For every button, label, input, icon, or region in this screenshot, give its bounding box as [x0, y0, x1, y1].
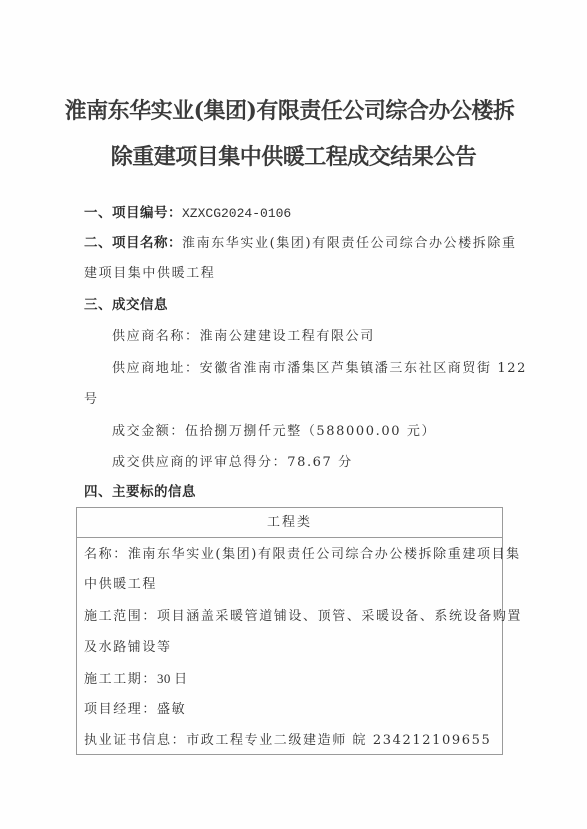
project-number-row: 一、项目编号：XZXCG2024-0106 [84, 204, 291, 223]
project-number-value: XZXCG2024-0106 [182, 206, 291, 221]
title-line-1: 淮南东华实业(集团)有限责任公司综合办公楼拆 [0, 97, 583, 125]
table-period-value: 30 日 [157, 671, 187, 686]
supplier-name-value: 淮南公建建设工程有限公司 [200, 329, 375, 344]
document-page: 淮南东华实业(集团)有限责任公司综合办公楼拆 除重建项目集中供暖工程成交结果公告… [0, 0, 587, 829]
table-period-label: 施工工期： [84, 672, 157, 687]
deal-amount-row: 成交金额：伍拾捌万捌仟元整（588000.00 元） [112, 423, 436, 441]
project-name-row: 二、项目名称：淮南东华实业(集团)有限责任公司综合办公楼拆除重 [84, 234, 517, 253]
main-subject-heading: 四、主要标的信息 [84, 483, 196, 501]
title-line-2: 除重建项目集中供暖工程成交结果公告 [0, 143, 587, 171]
deal-info-heading: 三、成交信息 [84, 296, 168, 314]
table-certificate-label: 执业证书信息： [84, 733, 186, 748]
table-scope-value-line2: 及水路铺设等 [84, 639, 172, 657]
deal-amount-label: 成交金额： [112, 424, 185, 439]
table-manager-value: 盛敏 [157, 702, 186, 717]
table-certificate-value: 市政工程专业二级建造师 皖 234212109655 [186, 733, 491, 748]
supplier-address-row: 供应商地址：安徽省淮南市潘集区芦集镇潘三东社区商贸街 122 [112, 360, 527, 378]
table-manager-row: 项目经理：盛敏 [84, 701, 186, 719]
table-scope-label: 施工范围： [84, 609, 157, 624]
subject-info-table: 工程类 名称：淮南东华实业(集团)有限责任公司综合办公楼拆除重建项目集 中供暖工… [76, 507, 503, 755]
table-period-row: 施工工期：30 日 [84, 670, 187, 689]
supplier-address-value-line2: 号 [84, 391, 99, 409]
supplier-name-row: 供应商名称：淮南公建建设工程有限公司 [112, 328, 375, 346]
supplier-score-value: 78.67 分 [287, 455, 353, 470]
table-name-row: 名称：淮南东华实业(集团)有限责任公司综合办公楼拆除重建项目集 [84, 546, 521, 564]
project-name-value-line1: 淮南东华实业(集团)有限责任公司综合办公楼拆除重 [182, 236, 517, 251]
table-header-engineering-type: 工程类 [77, 508, 502, 538]
table-name-value-line1: 淮南东华实业(集团)有限责任公司综合办公楼拆除重建项目集 [128, 547, 521, 562]
project-name-label: 二、项目名称： [84, 235, 182, 251]
project-name-value-line2: 建项目集中供暖工程 [84, 265, 215, 283]
supplier-name-label: 供应商名称： [112, 329, 200, 344]
project-number-label: 一、项目编号： [84, 205, 182, 221]
supplier-score-label: 成交供应商的评审总得分： [112, 455, 287, 470]
table-manager-label: 项目经理： [84, 702, 157, 717]
table-name-label: 名称： [84, 547, 128, 562]
table-scope-value-line1: 项目涵盖采暖管道铺设、顶管、采暖设备、系统设备购置 [157, 609, 522, 624]
table-scope-row: 施工范围：项目涵盖采暖管道铺设、顶管、采暖设备、系统设备购置 [84, 608, 522, 626]
supplier-score-row: 成交供应商的评审总得分：78.67 分 [112, 454, 353, 472]
table-certificate-row: 执业证书信息：市政工程专业二级建造师 皖 234212109655 [84, 732, 491, 750]
table-name-value-line2: 中供暖工程 [84, 576, 157, 594]
deal-amount-value: 伍拾捌万捌仟元整（588000.00 元） [185, 424, 436, 439]
supplier-address-label: 供应商地址： [112, 361, 200, 376]
supplier-address-value-line1: 安徽省淮南市潘集区芦集镇潘三东社区商贸街 122 [200, 361, 527, 376]
